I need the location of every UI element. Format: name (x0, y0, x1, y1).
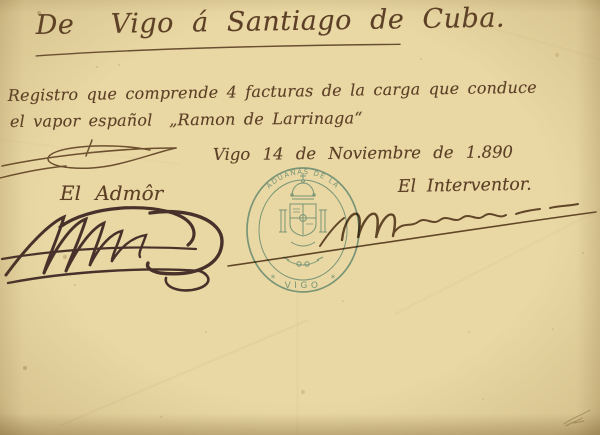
interventor-title: El Interventor. (398, 175, 532, 197)
fold-crease (60, 319, 309, 426)
interventor-signature (224, 194, 600, 274)
title-underline (34, 39, 402, 59)
stamp-star-left-icon: * (271, 274, 276, 284)
stamp-lettering: ADUANAS DE LA VIGO * * (265, 168, 341, 291)
shield-icon (290, 204, 316, 236)
register-text-line2: el vapor español „Ramon de Larrinaga“ (10, 108, 363, 131)
foxing-spots (0, 0, 2, 2)
administrator-title: El Admôr (60, 181, 163, 205)
route-title: De Vigo á Santiago de Cuba. (36, 3, 506, 41)
fold-crease (0, 136, 179, 166)
register-text-line1: Registro que comprende 4 facturas de la … (8, 78, 537, 105)
fold-crease (395, 187, 600, 316)
fold-crease (297, 288, 299, 435)
stamp-star-right-icon: * (331, 274, 336, 284)
fleece-ornament-icon (283, 242, 323, 266)
date-line: Vigo 14 de Noviembre de 1.890 (213, 142, 513, 164)
svg-text:ADUANAS DE LA: ADUANAS DE LA (265, 168, 341, 190)
stamp-city-text: VIGO (285, 281, 322, 291)
paraph-flourish (0, 136, 180, 186)
document-photo: De Vigo á Santiago de Cuba. Registro que… (0, 0, 600, 435)
stamp-arc-text: ADUANAS DE LA (265, 168, 341, 190)
crown-icon (291, 173, 315, 199)
pillars-of-hercules-icon (279, 210, 327, 232)
stamp-inner-ring (259, 180, 347, 280)
administrator-signature (0, 193, 245, 298)
stamp-outer-ring (247, 168, 359, 292)
pencil-corner-mark (560, 404, 594, 430)
paper-vignette (0, 0, 600, 435)
customs-stamp: ADUANAS DE LA VIGO * * (243, 164, 363, 296)
